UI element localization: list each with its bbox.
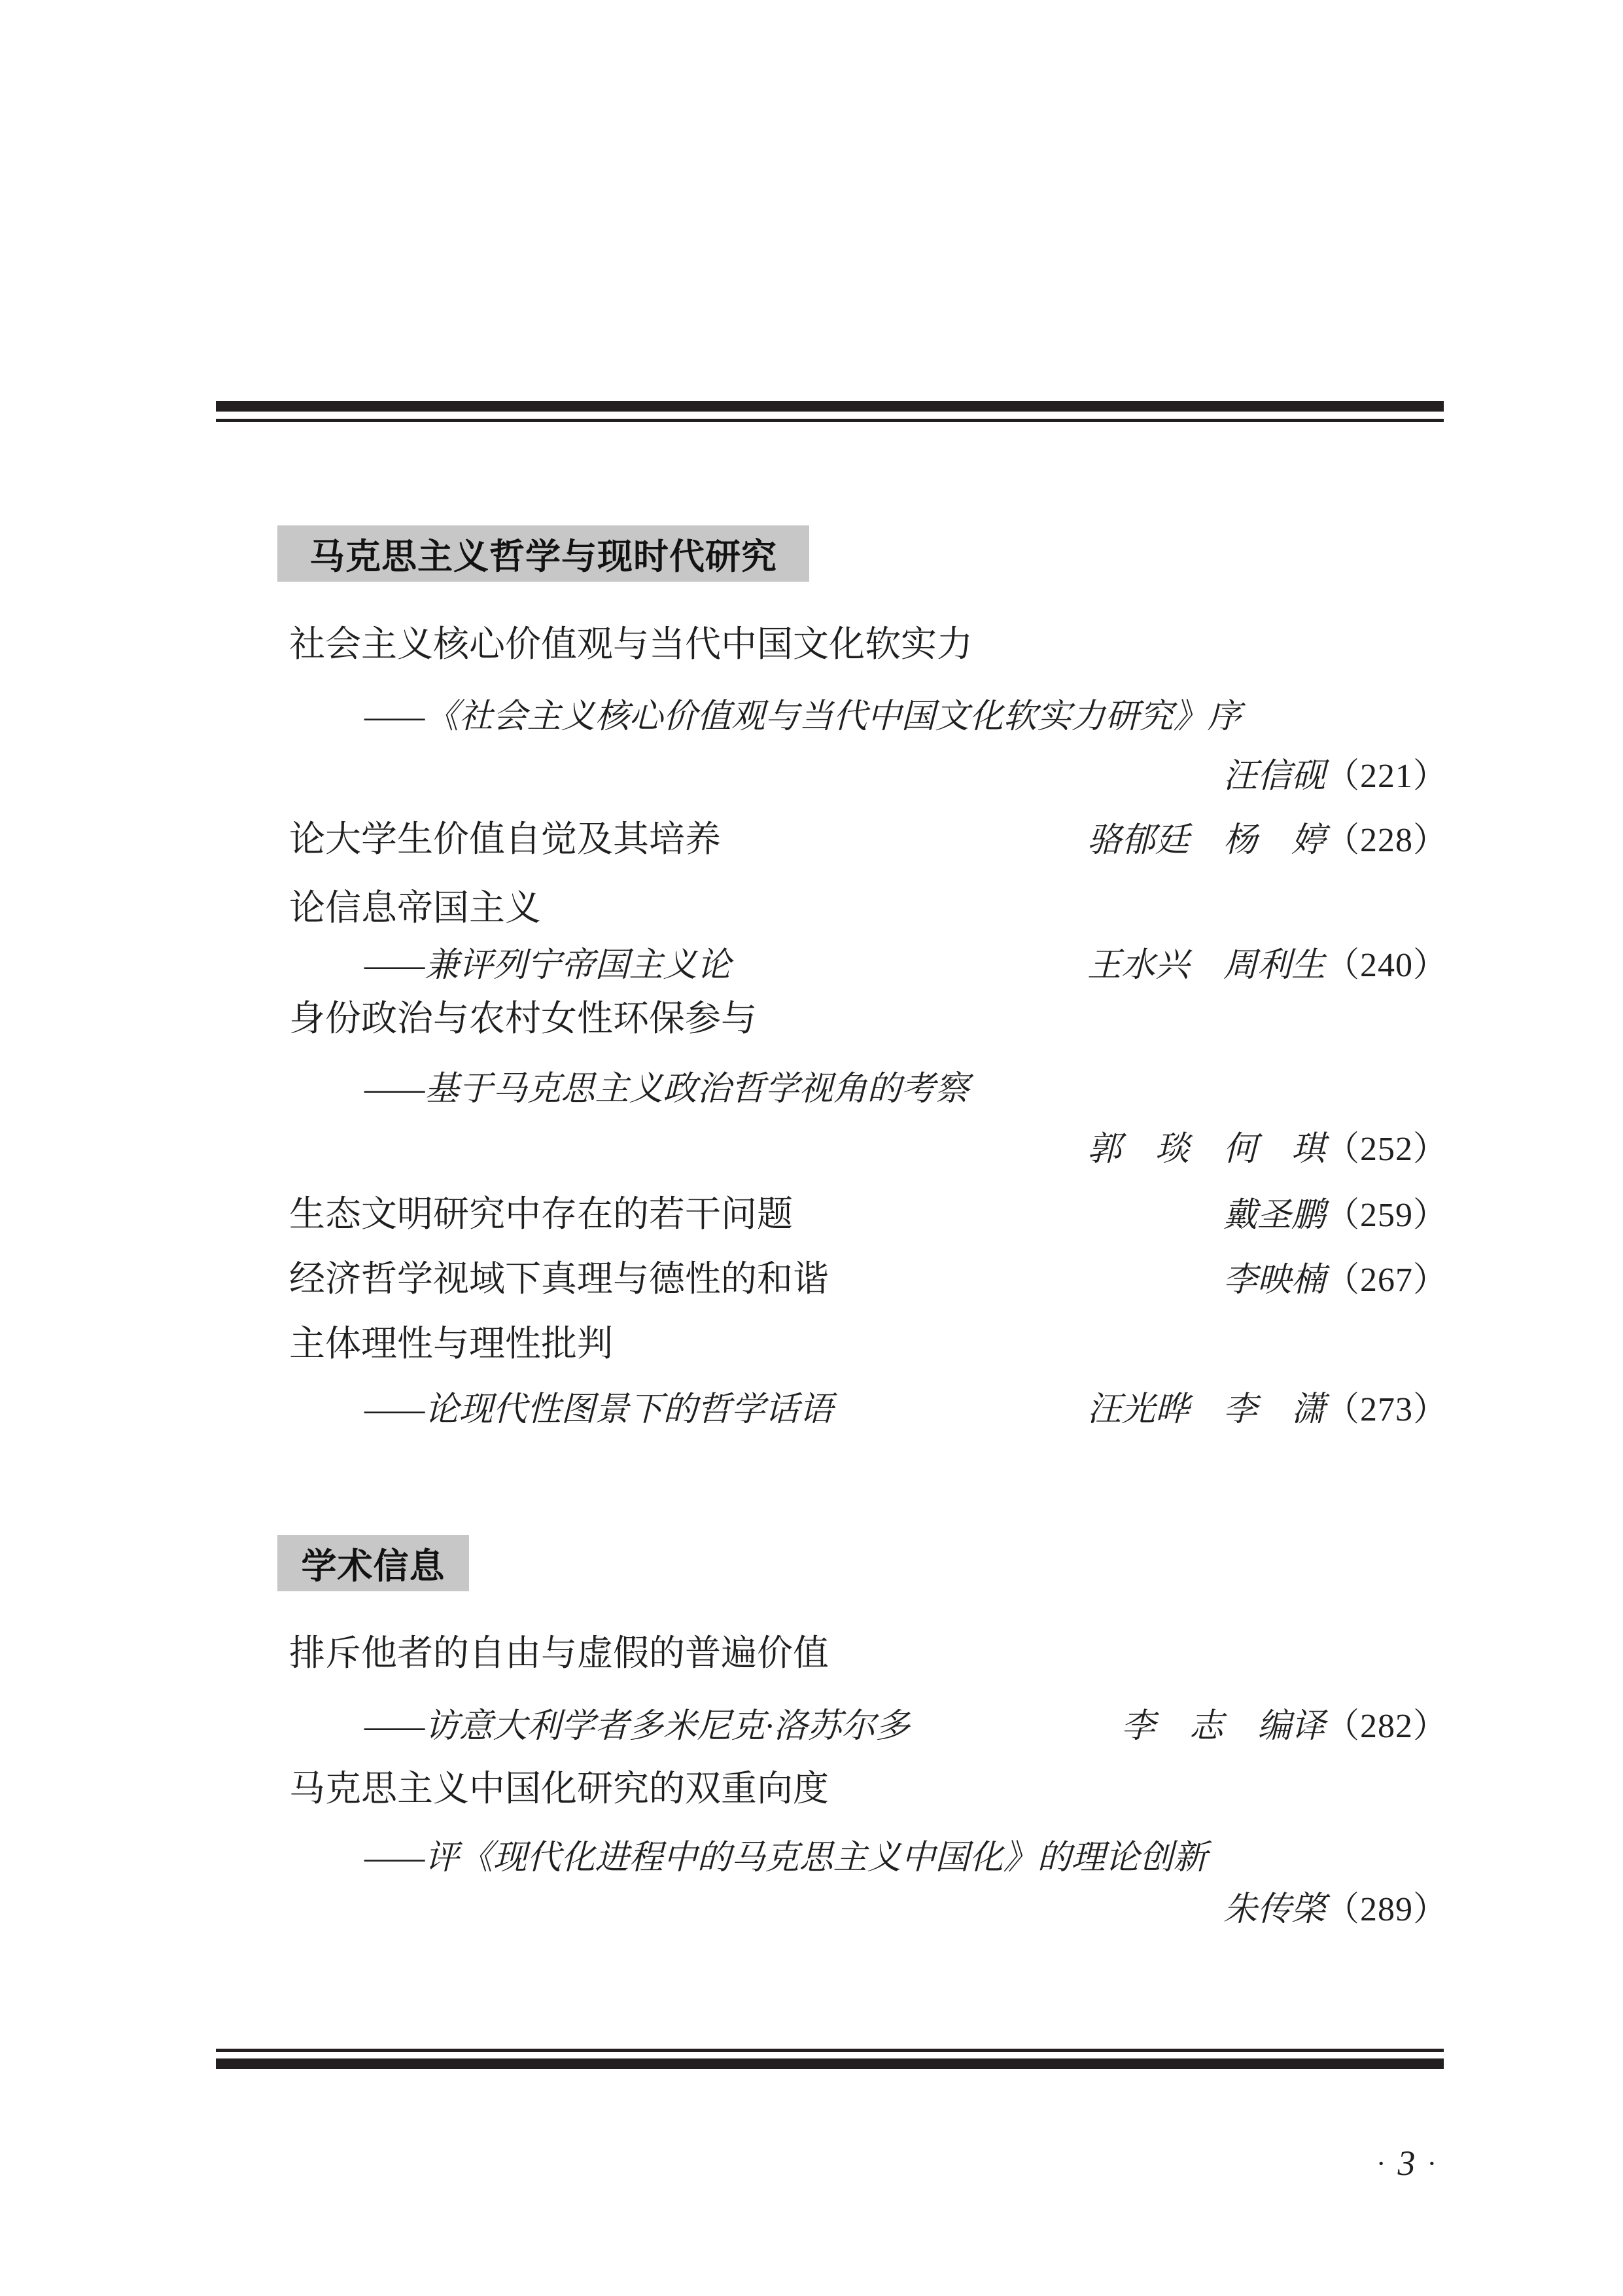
author-name: 骆郁廷 杨 婷 <box>1087 822 1325 859</box>
author-group: 汪光晔 李 潇（273） <box>1087 1383 1448 1436</box>
page-reference: （259） <box>1325 1197 1448 1234</box>
page-reference: （273） <box>1325 1391 1448 1428</box>
author-name: 郭 琰 何 琪 <box>1087 1131 1325 1168</box>
page-reference: （289） <box>1325 1891 1448 1928</box>
entry-subtitle: ——论现代性图景下的哲学话语 <box>364 1384 833 1436</box>
toc-entry-title: 论信息帝国主义 <box>289 882 1448 934</box>
entry-title: 马克思主义中国化研究的双重向度 <box>289 1763 829 1815</box>
author-name: 汪信砚 <box>1223 758 1325 795</box>
toc-entry-subtitle: ——评《现代化进程中的马克思主义中国化》的理论创新 <box>289 1832 1448 1884</box>
page-number-dot-left: · <box>1376 2147 1386 2180</box>
bottom-rule-thick <box>216 2058 1444 2069</box>
entry-title: 经济哲学视域下真理与德性的和谐 <box>289 1253 829 1305</box>
page-reference: （252） <box>1325 1131 1448 1168</box>
author-name: 朱传棨 <box>1223 1891 1325 1928</box>
author-group: 骆郁廷 杨 婷（228） <box>1087 813 1448 867</box>
entry-title: 生态文明研究中存在的若干问题 <box>289 1188 793 1241</box>
page-reference: （221） <box>1325 758 1448 795</box>
entry-subtitle: ——兼评列宁帝国主义论 <box>364 940 731 992</box>
toc-page: 马克思主义哲学与现时代研究 社会主义核心价值观与当代中国文化软实力 ——《社会主… <box>0 0 1623 2296</box>
page-reference: （228） <box>1325 822 1448 859</box>
toc-entry-title: 身份政治与农村女性环保参与 <box>289 993 1448 1045</box>
section-header-marxist-philosophy: 马克思主义哲学与现时代研究 <box>277 525 809 582</box>
toc-entry-title: 马克思主义中国化研究的双重向度 <box>289 1763 1448 1815</box>
bottom-rule-thin <box>216 2049 1444 2052</box>
toc-entry-title: 主体理性与理性批判 <box>289 1318 1448 1370</box>
page-number: · 3 · <box>1364 2143 1449 2183</box>
toc-entry-subtitle-line: ——论现代性图景下的哲学话语 汪光晔 李 潇（273） <box>289 1383 1448 1436</box>
page-reference: （267） <box>1325 1262 1448 1299</box>
author-group: 李 志 编译（282） <box>1121 1699 1448 1753</box>
author-group: 王水兴 周利生（240） <box>1087 938 1448 992</box>
top-rule-thick <box>216 401 1444 412</box>
author-group: 戴圣鹏（259） <box>1223 1188 1448 1242</box>
toc-entry-title: 排斥他者的自由与虚假的普遍价值 <box>289 1627 1448 1680</box>
page-number-value: 3 <box>1398 2143 1416 2183</box>
entry-subtitle: ——《社会主义核心价值观与当代中国文化软实力研究》序 <box>364 691 1241 743</box>
entry-title: 论信息帝国主义 <box>289 882 541 934</box>
author-name: 汪光晔 李 潇 <box>1087 1391 1325 1428</box>
entry-subtitle: ——评《现代化进程中的马克思主义中国化》的理论创新 <box>364 1832 1207 1884</box>
entry-title: 主体理性与理性批判 <box>289 1318 613 1370</box>
toc-entry: 经济哲学视域下真理与德性的和谐 李映楠（267） <box>289 1253 1448 1307</box>
author-name: 李 志 编译 <box>1121 1708 1325 1745</box>
author-group: 汪信砚（221） <box>1223 749 1448 803</box>
entry-subtitle: ——访意大利学者多米尼克·洛苏尔多 <box>364 1701 909 1753</box>
entry-subtitle: ——基于马克思主义政治哲学视角的考察 <box>364 1063 969 1116</box>
author-name: 戴圣鹏 <box>1223 1197 1325 1234</box>
entry-title: 身份政治与农村女性环保参与 <box>289 993 757 1045</box>
toc-entry-subtitle-line: ——兼评列宁帝国主义论 王水兴 周利生（240） <box>289 938 1448 992</box>
toc-entry: 生态文明研究中存在的若干问题 戴圣鹏（259） <box>289 1188 1448 1242</box>
toc-entry-author-line: 郭 琰 何 琪（252） <box>289 1122 1448 1176</box>
toc-entry: 论大学生价值自觉及其培养 骆郁廷 杨 婷（228） <box>289 813 1448 867</box>
toc-entry-subtitle: ——基于马克思主义政治哲学视角的考察 <box>289 1063 1448 1116</box>
page-reference: （282） <box>1325 1708 1448 1745</box>
entry-title: 社会主义核心价值观与当代中国文化软实力 <box>289 618 973 671</box>
author-group: 朱传棨（289） <box>1223 1882 1448 1936</box>
toc-entry-subtitle: ——《社会主义核心价值观与当代中国文化软实力研究》序 <box>289 691 1448 743</box>
top-rule-thin <box>216 419 1444 422</box>
entry-title: 排斥他者的自由与虚假的普遍价值 <box>289 1627 829 1680</box>
author-name: 王水兴 周利生 <box>1087 947 1325 984</box>
entry-title: 论大学生价值自觉及其培养 <box>289 813 721 866</box>
page-reference: （240） <box>1325 947 1448 984</box>
author-name: 李映楠 <box>1223 1262 1325 1299</box>
toc-entry-subtitle-line: ——访意大利学者多米尼克·洛苏尔多 李 志 编译（282） <box>289 1699 1448 1753</box>
section-header-academic-info: 学术信息 <box>277 1535 469 1591</box>
toc-entry-title: 社会主义核心价值观与当代中国文化软实力 <box>289 618 1448 671</box>
toc-entry-author-line: 朱传棨（289） <box>289 1882 1448 1936</box>
author-group: 郭 琰 何 琪（252） <box>1087 1122 1448 1176</box>
section-header-label: 马克思主义哲学与现时代研究 <box>309 529 777 579</box>
author-group: 李映楠（267） <box>1223 1253 1448 1307</box>
page-number-dot-right: · <box>1427 2147 1437 2180</box>
section-header-label: 学术信息 <box>302 1538 445 1589</box>
toc-entry-author-line: 汪信砚（221） <box>289 749 1448 803</box>
